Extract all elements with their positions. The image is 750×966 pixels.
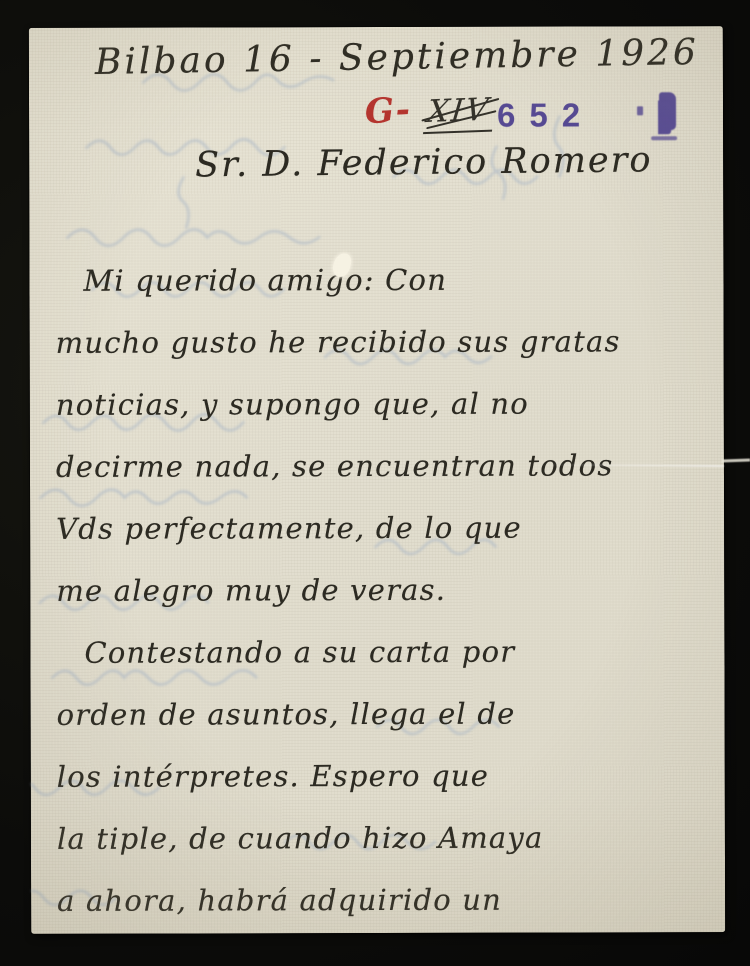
- body-line: a ahora, habrá adquirido un: [57, 868, 709, 932]
- letter-body: Mi querido amigo: Con mucho gusto he rec…: [55, 248, 709, 932]
- date-line: Bilbao 16 - Septiembre 1926: [95, 32, 700, 83]
- stamp-mark-icon: [637, 106, 643, 115]
- stamp-base-icon: [651, 136, 677, 140]
- body-line: orden de asuntos, llega el de: [57, 682, 709, 746]
- scanned-letter-photo: Bilbao 16 - Septiembre 1926 G- XIV 652 S…: [0, 0, 750, 966]
- body-line: mucho gusto he recibido sus gratas: [56, 310, 708, 374]
- numbering-stamp: 652: [497, 96, 594, 134]
- salutation-line: Sr. D. Federico Romero: [195, 140, 653, 185]
- crossed-out-roman-numeral: XIV: [423, 91, 496, 134]
- stamp-blob-icon: [659, 92, 676, 130]
- body-line: Vds perfectamente, de lo que: [56, 496, 708, 560]
- paper-edge-nick: [722, 459, 750, 463]
- red-archival-mark: G-: [364, 90, 412, 132]
- body-line: noticias, y supongo que, al no: [56, 372, 708, 436]
- body-line: Mi querido amigo: Con: [55, 248, 707, 312]
- body-line: me alegro muy de veras.: [56, 558, 708, 622]
- body-line: la tiple, de cuando hizo Amaya: [57, 806, 709, 870]
- body-line: los intérpretes. Espero que: [57, 744, 709, 808]
- letter-page: Bilbao 16 - Septiembre 1926 G- XIV 652 S…: [29, 26, 725, 934]
- body-line: Contestando a su carta por: [56, 620, 708, 684]
